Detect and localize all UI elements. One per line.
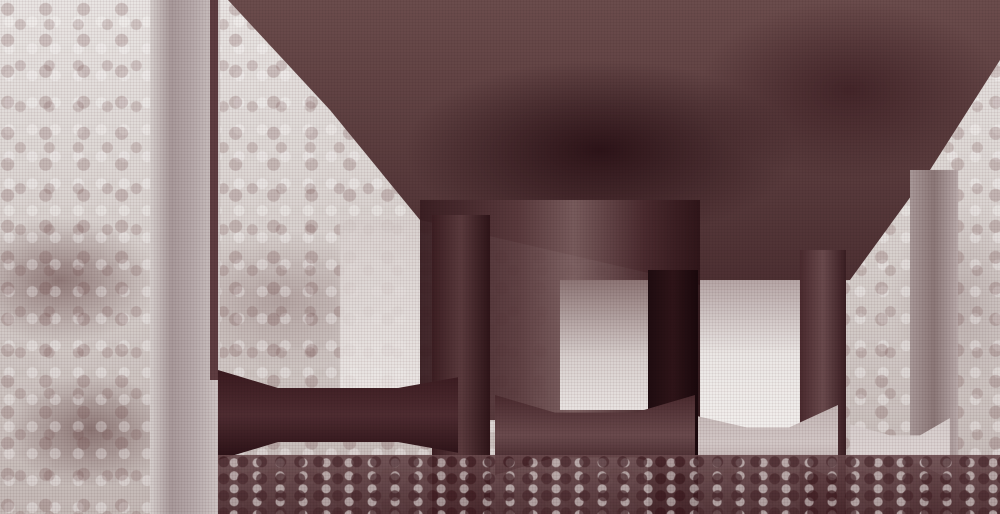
photo-scene: [0, 0, 1000, 514]
lit-wall-center: [560, 280, 655, 410]
utility-pole: [210, 0, 218, 380]
ground-vegetation: [218, 455, 1000, 514]
lit-wall-right: [700, 280, 800, 430]
distant-wall-left: [340, 220, 420, 390]
